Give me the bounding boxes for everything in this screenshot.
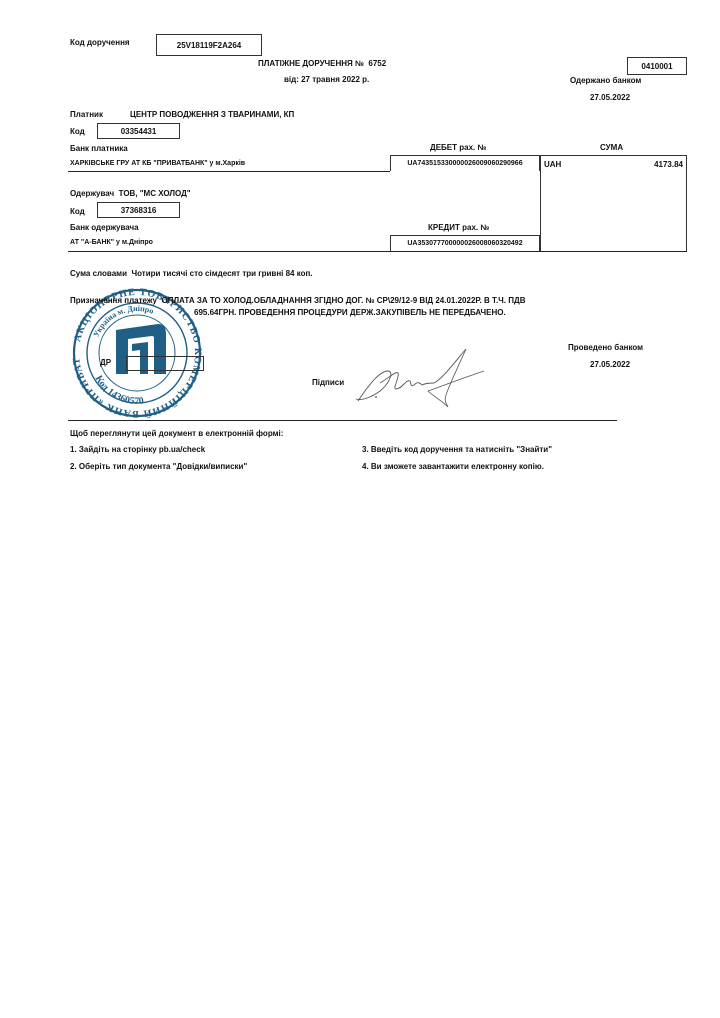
- form-code-value: 0410001: [641, 62, 672, 71]
- recipient-name: ТОВ, "МС ХОЛОД": [119, 189, 191, 198]
- payer-bank-underline: [68, 171, 390, 172]
- credit-account-value: UA353077700000026008060320492: [407, 240, 522, 247]
- amount-words-label: Сума словами: [70, 269, 127, 278]
- form-code-box: 0410001: [627, 57, 687, 75]
- amount-value: 4173.84: [654, 160, 683, 169]
- recipient-bank-name: АТ "А-БАНК" у м.Дніпро: [70, 239, 153, 246]
- order-code-label: Код доручення: [70, 38, 130, 47]
- payment-purpose: Призначення платежу ОПЛАТА ЗА ТО ХОЛОД.О…: [70, 296, 525, 305]
- footer-divider: [68, 420, 617, 421]
- payer-name: ЦЕНТР ПОВОДЖЕННЯ З ТВАРИНАМИ, КП: [130, 110, 294, 119]
- recipient-code-box: 37368316: [97, 202, 180, 218]
- payer-code-value: 03354431: [121, 127, 157, 136]
- debit-header: ДЕБЕТ рах. №: [430, 143, 486, 152]
- processed-by-bank-label: Проведено банком: [568, 343, 643, 352]
- document-title-text: ПЛАТІЖНЕ ДОРУЧЕННЯ №: [258, 59, 364, 68]
- mp-label: ДР: [100, 358, 111, 367]
- processed-by-bank-date: 27.05.2022: [590, 360, 630, 369]
- payer-code-label: Код: [70, 127, 85, 136]
- purpose-label: Призначення платежу: [70, 296, 157, 305]
- payer-label: Платник: [70, 110, 103, 119]
- recipient-label: Одержувач ТОВ, "МС ХОЛОД": [70, 189, 191, 198]
- document-date: від: 27 травня 2022 р.: [284, 75, 369, 84]
- credit-header: КРЕДИТ рах. №: [428, 223, 489, 232]
- mp-box: [126, 356, 204, 371]
- instruction-step-4: 4. Ви зможете завантажити електронну коп…: [362, 462, 544, 471]
- recipient-bank-underline: [68, 251, 687, 252]
- credit-account-box: UA353077700000026008060320492: [390, 235, 540, 251]
- bank-stamp-icon: АКЦІОНЕРНЕ ТОВАРИСТВО КОМЕРЦІЙНИЙ БАНК «…: [66, 288, 208, 418]
- instruction-step-3: 3. Введіть код доручення та натисніть "З…: [362, 445, 552, 454]
- payer-bank-label: Банк платника: [70, 144, 128, 153]
- recipient-label-text: Одержувач: [70, 189, 114, 198]
- debit-account-box: UA743515330000026009060290966: [390, 155, 540, 171]
- payer-bank-name: ХАРКІВСЬКЕ ГРУ АТ КБ "ПРИВАТБАНК" у м.Ха…: [70, 160, 245, 167]
- signatures-label: Підписи: [312, 378, 344, 387]
- order-code-value: 25V18119F2A264: [177, 41, 242, 50]
- amount-header: СУМА: [600, 143, 623, 152]
- order-code-box: 25V18119F2A264: [156, 34, 262, 56]
- purpose-line-2: 695.64ГРН. ПРОВЕДЕННЯ ПРОЦЕДУРИ ДЕРЖ.ЗАК…: [194, 308, 506, 317]
- purpose-line-1: ОПЛАТА ЗА ТО ХОЛОД.ОБЛАДНАННЯ ЗГІДНО ДОГ…: [161, 296, 525, 305]
- received-by-bank-label: Одержано банком: [570, 76, 641, 85]
- instruction-step-1: 1. Зайдіть на сторінку pb.ua/check: [70, 445, 205, 454]
- recipient-code-value: 37368316: [121, 206, 157, 215]
- instructions-title: Щоб переглянути цей документ в електронн…: [70, 429, 283, 438]
- signature-icon: [350, 343, 490, 411]
- amount-words-text: Чотири тисячі сто сімдесят три гривні 84…: [131, 269, 312, 278]
- amount-box: UAH 4173.84: [540, 155, 687, 252]
- document-title: ПЛАТІЖНЕ ДОРУЧЕННЯ № 6752: [258, 59, 386, 68]
- amount-currency: UAH: [544, 160, 561, 169]
- recipient-code-label: Код: [70, 207, 85, 216]
- debit-account-value: UA743515330000026009060290966: [407, 160, 522, 167]
- instruction-step-2: 2. Оберіть тип документа "Довідки/виписк…: [70, 462, 247, 471]
- recipient-bank-label: Банк одержувача: [70, 223, 139, 232]
- payer-code-box: 03354431: [97, 123, 180, 139]
- received-by-bank-date: 27.05.2022: [590, 93, 630, 102]
- document-number: 6752: [368, 59, 386, 68]
- amount-in-words: Сума словами Чотири тисячі сто сімдесят …: [70, 269, 313, 278]
